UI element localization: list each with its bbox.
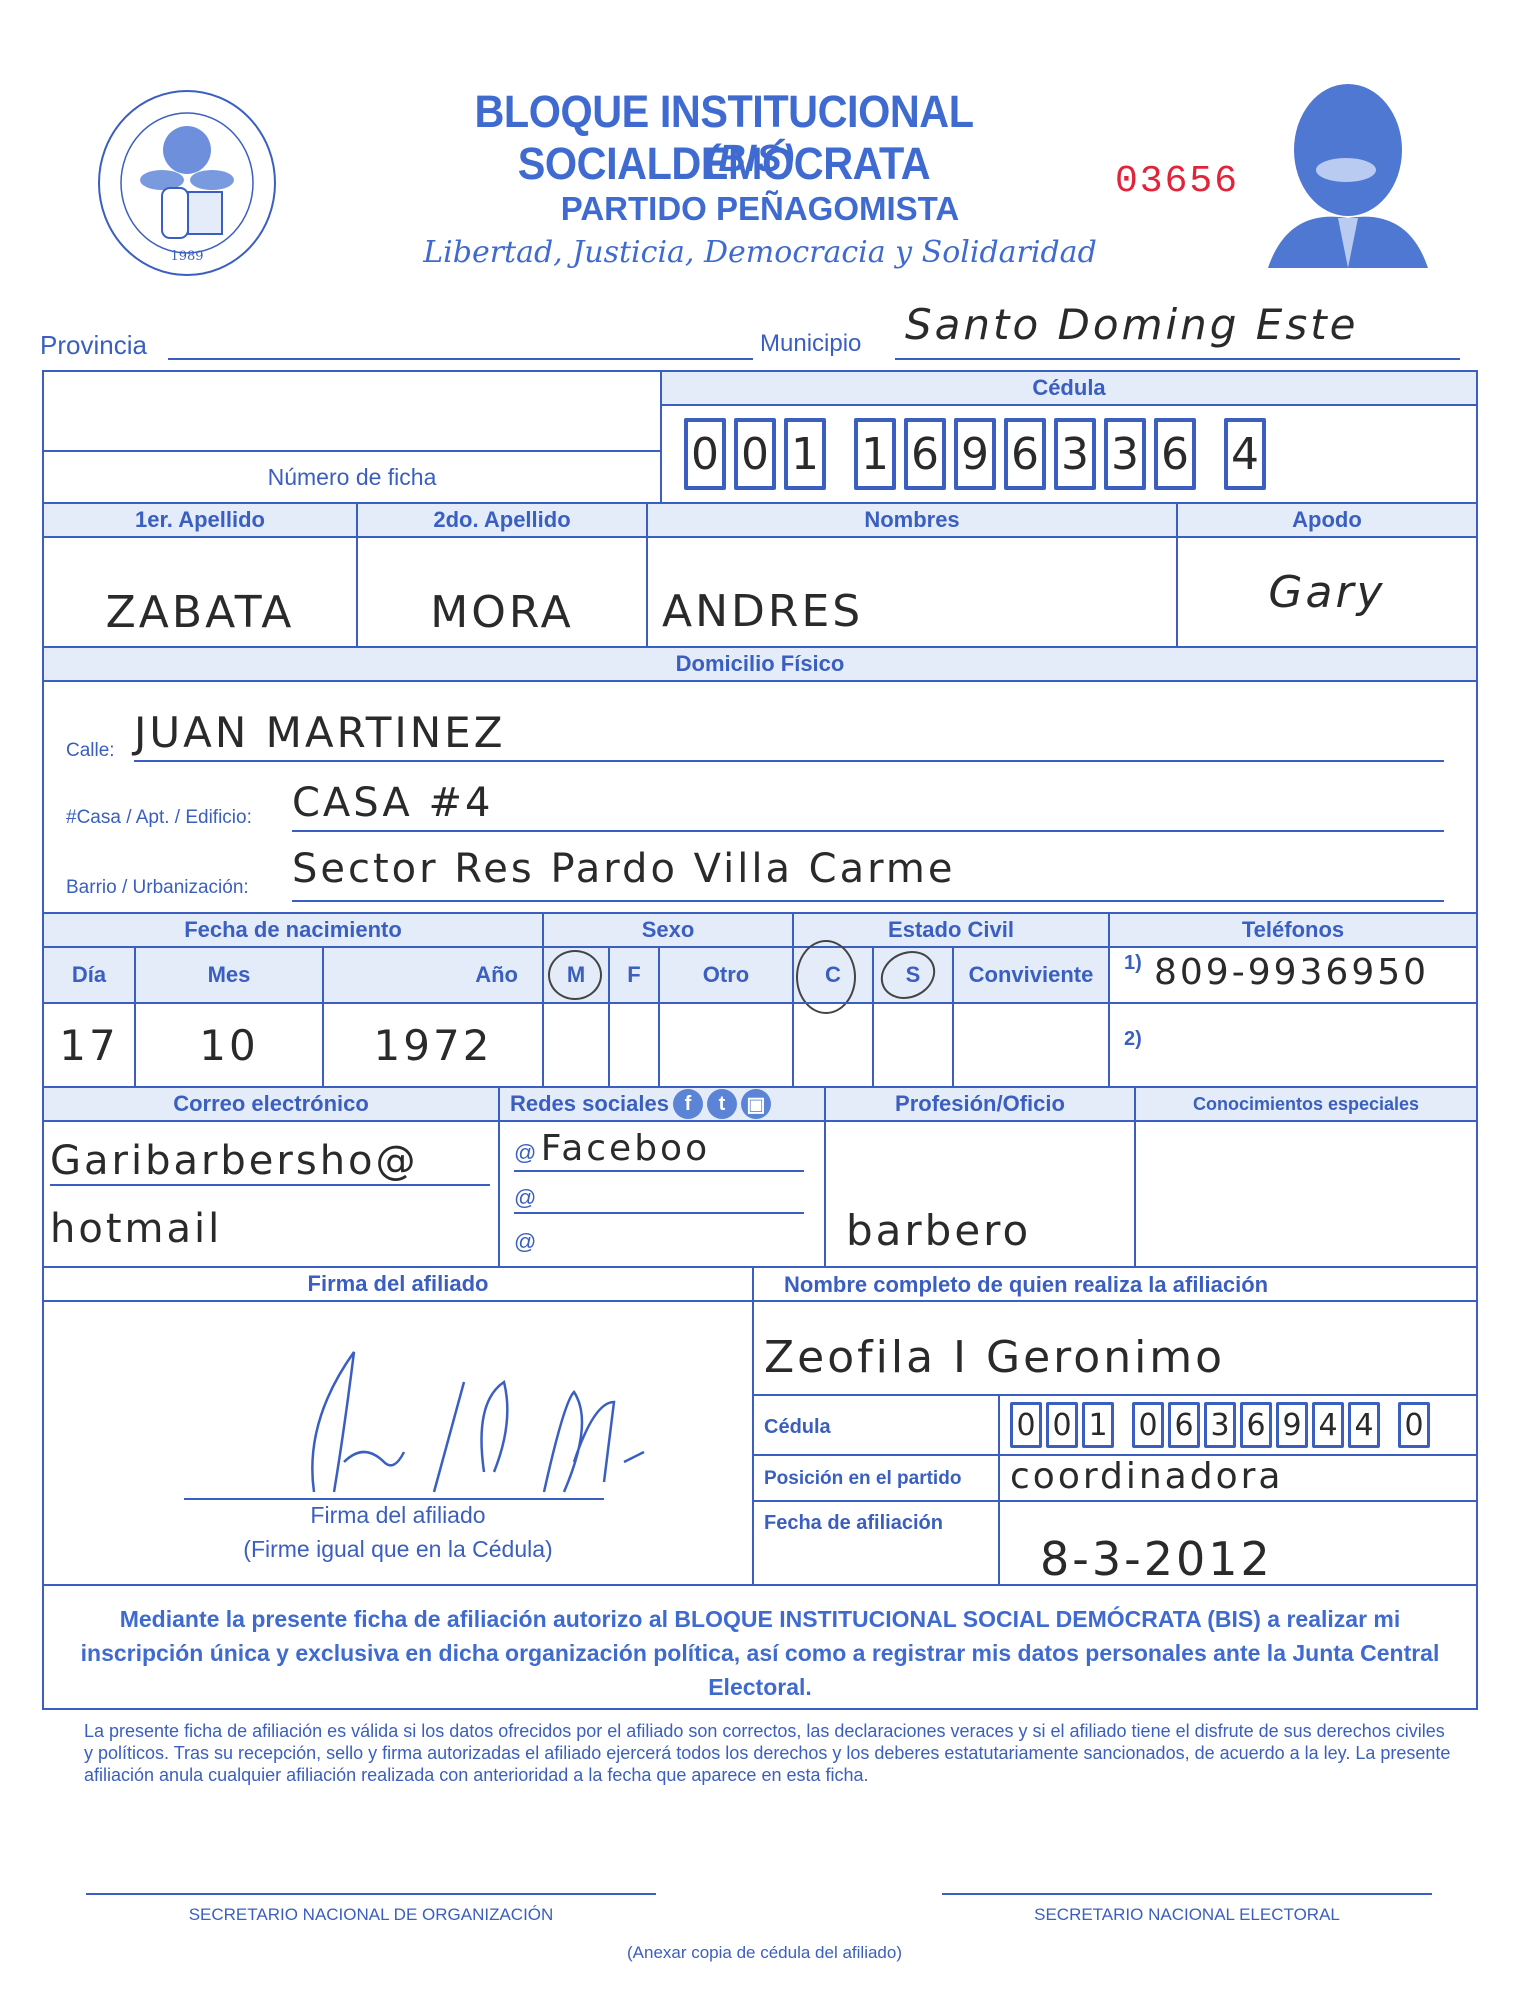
telefono-2-row: 2): [1108, 1002, 1476, 1086]
redes-field-3[interactable]: @: [514, 1222, 804, 1256]
tel2-label: 2): [1124, 1028, 1142, 1051]
telefonos-header: Teléfonos: [1108, 912, 1476, 946]
afiliador-name-field[interactable]: Zeofila I Geronimo: [752, 1300, 1476, 1394]
conocimientos-field[interactable]: [1134, 1120, 1476, 1266]
apellido2-header: 2do. Apellido: [356, 502, 646, 536]
address-section: Calle: JUAN MARTINEZ #Casa / Apt. / Edif…: [44, 680, 1476, 912]
apodo-header: Apodo: [1176, 502, 1476, 536]
provincia-field[interactable]: [168, 330, 753, 360]
redes-header: Redes sociales f t ▣: [498, 1086, 824, 1120]
estado-s-cell: [872, 1002, 952, 1086]
apellido2-field[interactable]: MORA: [356, 536, 646, 646]
cedula-digit[interactable]: 4: [1348, 1402, 1380, 1448]
sexo-f-cell: [608, 1002, 658, 1086]
cedula-digit[interactable]: 1: [1082, 1402, 1114, 1448]
party-name: PARTIDO PEÑAGOMISTA: [560, 190, 960, 228]
leader-portrait-icon: [1258, 78, 1438, 268]
signature-line-label: Firma del afiliado: [44, 1502, 752, 1529]
affiliation-form: Número de ficha Cédula 00116963364 1er. …: [42, 370, 1478, 1710]
correo-header: Correo electrónico: [44, 1086, 498, 1120]
profesion-header: Profesión/Oficio: [824, 1086, 1134, 1120]
correo-line-2: hotmail: [50, 1206, 222, 1252]
consent-statement: Mediante la presente ficha de afiliación…: [44, 1584, 1476, 1708]
municipio-value: Santo Doming Este: [905, 300, 1359, 349]
posicion-field[interactable]: coordinadora: [998, 1454, 1476, 1500]
sexo-option-otro[interactable]: Otro: [658, 946, 792, 1002]
posicion-label: Posición en el partido: [752, 1454, 998, 1500]
cedula-digit[interactable]: 4: [1224, 418, 1266, 490]
fecha-afiliacion-field[interactable]: 8-3-2012: [998, 1500, 1476, 1584]
cedula-digit[interactable]: 3: [1104, 418, 1146, 490]
party-seal-icon: 1989: [92, 88, 282, 278]
cedula-digit[interactable]: 0: [1132, 1402, 1164, 1448]
cedula-digit[interactable]: 6: [1154, 418, 1196, 490]
cedula-digit[interactable]: 6: [904, 418, 946, 490]
cedula-digit[interactable]: 0: [1010, 1402, 1042, 1448]
signature-area[interactable]: Firma del afiliado (Firme igual que en l…: [44, 1300, 752, 1584]
correo-field[interactable]: Garibarbersho@ hotmail: [44, 1120, 498, 1266]
secretario-organizacion-line: [86, 1893, 656, 1895]
svg-text:1989: 1989: [170, 249, 203, 264]
signature-scribble: [234, 1342, 654, 1502]
sexo-header: Sexo: [542, 912, 792, 946]
domicilio-header: Domicilio Físico: [44, 646, 1476, 680]
mes-header: Mes: [134, 946, 322, 1002]
mes-field[interactable]: 10: [134, 1002, 322, 1086]
organization-acronym: (BIS): [660, 138, 840, 181]
afiliador-cedula-label: Cédula: [752, 1394, 998, 1454]
apellido1-header: 1er. Apellido: [44, 502, 356, 536]
estado-c-cell: [792, 1002, 872, 1086]
redes-fields: @ Faceboo @ @: [498, 1120, 824, 1266]
instagram-icon: ▣: [741, 1089, 771, 1119]
firma-header: Firma del afiliado: [44, 1266, 752, 1300]
apodo-field[interactable]: Gary: [1176, 536, 1476, 646]
tel1-label: 1): [1124, 952, 1142, 975]
dia-header: Día: [44, 946, 134, 1002]
cedula-digit[interactable]: 6: [1240, 1402, 1272, 1448]
casa-field[interactable]: CASA #4: [292, 780, 1444, 832]
calle-label: Calle:: [66, 740, 115, 762]
secretario-electoral-label: SECRETARIO NACIONAL ELECTORAL: [942, 1905, 1432, 1925]
municipio-label: Municipio: [760, 330, 861, 358]
cedula-digit[interactable]: 1: [854, 418, 896, 490]
sexo-otro-cell: [658, 1002, 792, 1086]
apellido1-field[interactable]: ZABATA: [44, 536, 356, 646]
slogan: Libertad, Justicia, Democracia y Solidar…: [410, 235, 1110, 270]
birthdate-header: Fecha de nacimiento: [44, 912, 542, 946]
nombres-header: Nombres: [646, 502, 1176, 536]
facebook-icon: f: [673, 1089, 703, 1119]
redes-field-2[interactable]: @: [514, 1178, 804, 1214]
signature-line: [184, 1498, 604, 1500]
twitter-icon: t: [707, 1089, 737, 1119]
profesion-field[interactable]: barbero: [824, 1120, 1134, 1266]
barrio-field[interactable]: Sector Res Pardo Villa Carme: [292, 846, 1444, 902]
cedula-header: Cédula: [660, 372, 1476, 404]
correo-line-1: Garibarbersho@: [50, 1138, 490, 1186]
afiliador-header: Nombre completo de quien realiza la afil…: [752, 1266, 1476, 1300]
estado-option-conviviente[interactable]: Conviviente: [952, 946, 1108, 1002]
dia-field[interactable]: 17: [44, 1002, 134, 1086]
telefono-1-field[interactable]: 809-9936950: [1154, 952, 1429, 993]
nombres-field[interactable]: ANDRES: [646, 536, 1176, 646]
cedula-digit[interactable]: 0: [1398, 1402, 1430, 1448]
conocimientos-header: Conocimientos especiales: [1134, 1086, 1476, 1120]
cedula-digit[interactable]: 9: [1276, 1402, 1308, 1448]
redes-label: Redes sociales: [510, 1091, 669, 1117]
cedula-digit[interactable]: 6: [1168, 1402, 1200, 1448]
afiliador-cedula-field[interactable]: 00106369440: [998, 1394, 1476, 1454]
legal-notice: La presente ficha de afiliación es válid…: [84, 1720, 1454, 1786]
sexo-m-cell: [542, 1002, 608, 1086]
cedula-digit[interactable]: 0: [1046, 1402, 1078, 1448]
serial-number: 03656: [1115, 160, 1239, 203]
cedula-digit[interactable]: 9: [954, 418, 996, 490]
redes-field-1[interactable]: @ Faceboo: [514, 1128, 804, 1172]
estado-civil-header: Estado Civil: [792, 912, 1108, 946]
cedula-digit[interactable]: 4: [1312, 1402, 1344, 1448]
barrio-label: Barrio / Urbanización:: [66, 877, 249, 899]
cedula-digit[interactable]: 3: [1054, 418, 1096, 490]
calle-field[interactable]: JUAN MARTINEZ: [134, 708, 1444, 762]
signature-note: (Firme igual que en la Cédula): [44, 1536, 752, 1563]
ano-header: Año: [322, 946, 542, 1002]
secretario-organizacion-label: SECRETARIO NACIONAL DE ORGANIZACIÓN: [86, 1905, 656, 1925]
casa-label: #Casa / Apt. / Edificio:: [66, 807, 252, 829]
telefono-1-row: 1) 809-9936950: [1108, 946, 1476, 1002]
secretario-electoral-line: [942, 1893, 1432, 1895]
cedula-digit[interactable]: 0: [684, 418, 726, 490]
provincia-label: Provincia: [40, 330, 147, 361]
footer-note: (Anexar copia de cédula del afiliado): [0, 1943, 1529, 1963]
ano-field[interactable]: 1972: [322, 1002, 542, 1086]
cedula-digit[interactable]: 6: [1004, 418, 1046, 490]
cedula-field[interactable]: 00116963364: [660, 404, 1476, 502]
cedula-digit[interactable]: 1: [784, 418, 826, 490]
sexo-option-f[interactable]: F: [608, 946, 658, 1002]
estado-conviviente-cell: [952, 1002, 1108, 1086]
fecha-afiliacion-label: Fecha de afiliación: [752, 1500, 998, 1584]
sexo-selected-mark: [548, 950, 602, 1000]
cedula-digit[interactable]: 0: [734, 418, 776, 490]
cedula-digit[interactable]: 3: [1204, 1402, 1236, 1448]
ficha-label: Número de ficha: [44, 450, 660, 502]
